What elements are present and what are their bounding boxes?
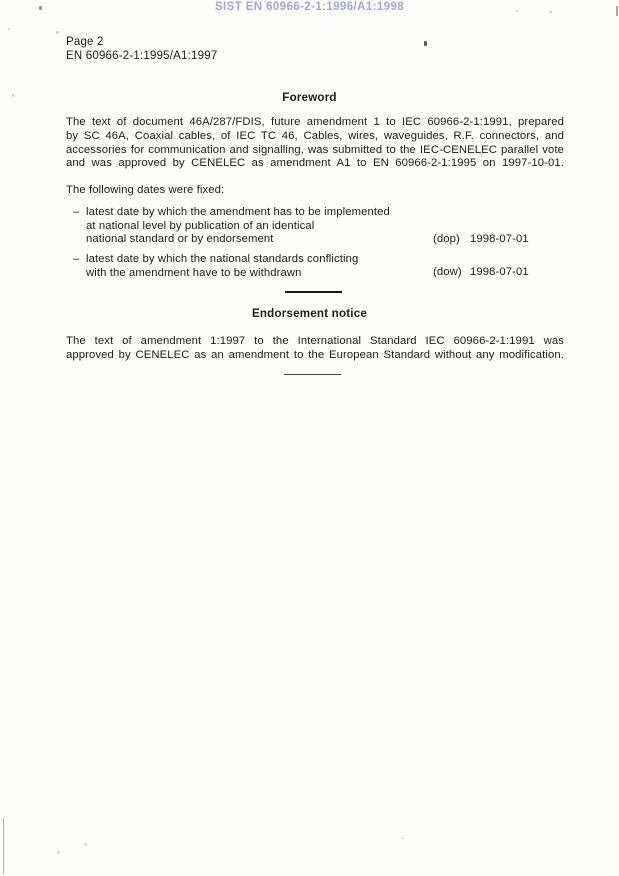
foreword-title: Foreword	[0, 91, 619, 104]
paragraph-line: The text of amendment 1:1997 to the Inte…	[66, 335, 564, 349]
date-value-dow: (dow)1998-07-01	[433, 266, 529, 280]
scan-artifact	[84, 843, 87, 846]
scan-artifact	[57, 851, 60, 854]
date-item-dop: – latest date by which the amendment has…	[66, 206, 564, 247]
separator-rule	[284, 374, 341, 375]
page-number: Page 2	[66, 36, 217, 50]
paragraph-line: latest date by which the national standa…	[86, 253, 564, 267]
list-dash: –	[73, 253, 79, 267]
scan-artifact	[8, 28, 10, 30]
date-tag: (dop)	[433, 233, 470, 247]
paragraph-line: latest date by which the amendment has t…	[86, 206, 564, 220]
paragraph-line: approved by CENELEC as an amendment to t…	[66, 349, 564, 363]
scan-artifact	[424, 41, 427, 46]
paragraph-line: at national level by publication of an i…	[86, 220, 564, 234]
date-tag: (dow)	[433, 266, 470, 280]
scan-artifact	[39, 6, 42, 10]
foreword-paragraph: The text of document 46A/287/FDIS, futur…	[66, 116, 564, 171]
paragraph-line: accessories for communication and signal…	[66, 144, 564, 158]
date-item-dow: – latest date by which the national stan…	[66, 253, 564, 280]
date-text: 1998-07-01	[470, 266, 529, 278]
paragraph-line: The text of document 46A/287/FDIS, futur…	[66, 116, 564, 130]
scan-artifact	[56, 31, 59, 34]
document-sheet: SIST EN 60966-2-1:1996/A1:1998 Page 2 EN…	[0, 0, 619, 876]
page-identifier: Page 2 EN 60966-2-1:1995/A1:1997	[66, 36, 217, 63]
separator-rule	[285, 291, 342, 293]
date-text: 1998-07-01	[470, 233, 529, 245]
scan-artifact	[516, 10, 518, 12]
scan-artifact	[549, 11, 552, 13]
endorsement-paragraph: The text of amendment 1:1997 to the Inte…	[66, 335, 564, 363]
list-dash: –	[73, 206, 79, 220]
page-background: { "watermark": "SIST EN 60966-2-1:1996/A…	[0, 0, 619, 876]
watermark-header: SIST EN 60966-2-1:1996/A1:1998	[0, 1, 619, 13]
document-reference: EN 60966-2-1:1995/A1:1997	[66, 50, 217, 64]
dates-intro: The following dates were fixed:	[66, 184, 224, 196]
date-value-dop: (dop)1998-07-01	[433, 233, 529, 247]
paragraph-line: and was approved by CENELEC as amendment…	[66, 157, 564, 171]
endorsement-title: Endorsement notice	[0, 307, 619, 320]
paragraph-line: by SC 46A, Coaxial cables, of IEC TC 46,…	[66, 130, 564, 144]
scan-artifact	[402, 837, 404, 839]
scan-artifact	[12, 94, 14, 97]
scan-artifact	[616, 6, 618, 16]
scan-artifact	[3, 818, 4, 874]
